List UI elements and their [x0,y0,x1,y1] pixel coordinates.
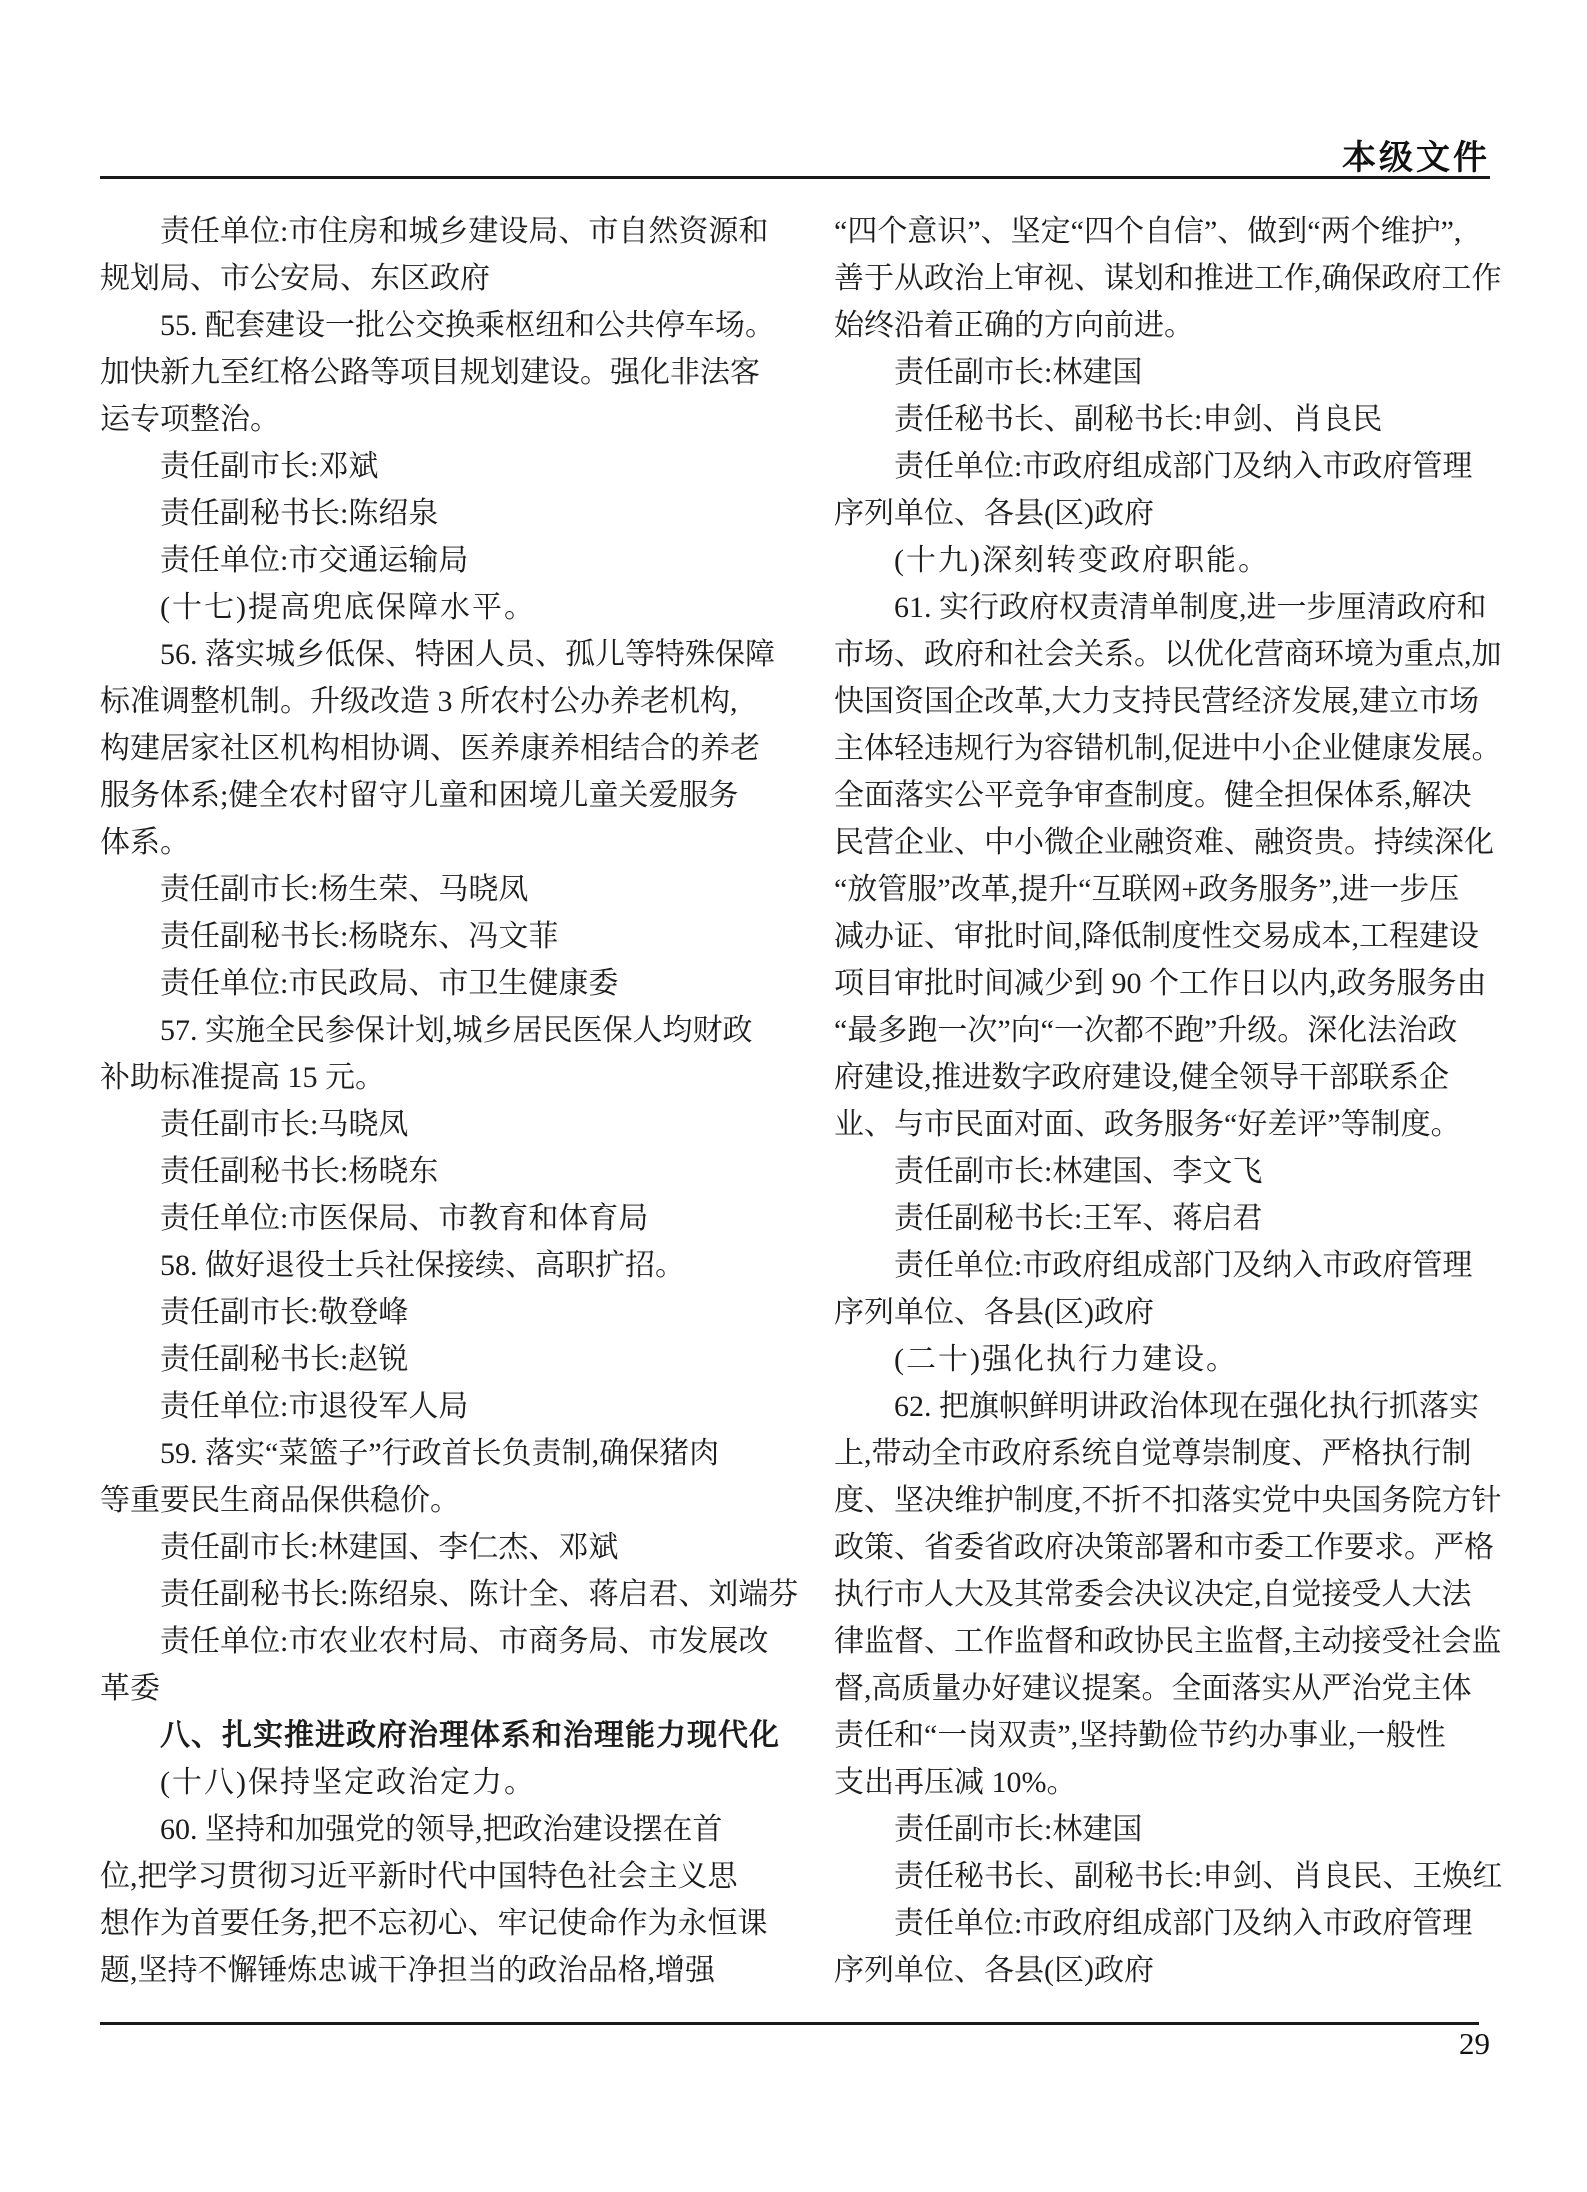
text-line-duty: 责任副秘书长:杨晓东、冯文菲 [100,913,756,960]
text-line-duty: 序列单位、各县(区)政府 [834,490,1490,537]
text-line-body: 57. 实施全民参保计划,城乡居民医保人均财政 [100,1007,756,1054]
text-line-body: 55. 配套建设一批公交换乘枢纽和公共停车场。 [100,302,756,349]
text-line-body: 主体轻违规行为容错机制,促进中小企业健康发展。 [834,725,1490,772]
text-line-body: 加快新九至红格公路等项目规划建设。强化非法客 [100,349,756,396]
text-line-body: 补助标准提高 15 元。 [100,1054,756,1101]
text-line-body: 市场、政府和社会关系。以优化营商环境为重点,加 [834,631,1490,678]
text-line-body: 督,高质量办好建议提案。全面落实从严治党主体 [834,1665,1490,1712]
text-line-body: 构建居家社区机构相协调、医养康养相结合的养老 [100,725,756,772]
text-line-body: 61. 实行政府权责清单制度,进一步厘清政府和 [834,584,1490,631]
text-line-duty: 责任副秘书长:赵锐 [100,1336,756,1383]
text-line-kai: (二十)强化执行力建设。 [834,1336,1490,1383]
text-line-kai: (十九)深刻转变政府职能。 [834,537,1490,584]
text-line-body: 上,带动全市政府系统自觉尊崇制度、严格执行制 [834,1430,1490,1477]
text-line-body: 执行市人大及其常委会决议决定,自觉接受人大法 [834,1571,1490,1618]
text-line-duty: 责任副秘书长:陈绍泉 [100,490,756,537]
text-line-duty: 责任秘书长、副秘书长:申剑、肖良民 [834,396,1490,443]
text-line-duty: 责任副市长:敬登峰 [100,1289,756,1336]
text-line-body: 支出再压减 10%。 [834,1759,1490,1806]
text-line-duty: 责任副市长:杨生荣、马晓凤 [100,866,756,913]
text-line-body: 责任和“一岗双责”,坚持勤俭节约办事业,一般性 [834,1712,1490,1759]
text-line-body: 体系。 [100,819,756,866]
text-line-body: 62. 把旗帜鲜明讲政治体现在强化执行抓落实 [834,1383,1490,1430]
text-line-duty: 责任副市长:邓斌 [100,443,756,490]
text-line-kai: (十八)保持坚定政治定力。 [100,1759,756,1806]
text-line-duty: 序列单位、各县(区)政府 [834,1947,1490,1994]
header-title: 本级文件 [1342,130,1490,179]
left-column: 责任单位:市住房和城乡建设局、市自然资源和规划局、市公安局、东区政府55. 配套… [100,208,756,1994]
text-line-duty: 责任单位:市退役军人局 [100,1383,756,1430]
text-line-duty: 责任副市长:林建国 [834,349,1490,396]
text-line-body: 项目审批时间减少到 90 个工作日以内,政务服务由 [834,960,1490,1007]
text-line-body: “放管服”改革,提升“互联网+政务服务”,进一步压 [834,866,1490,913]
text-line-duty: 责任副秘书长:杨晓东 [100,1148,756,1195]
text-line-body: 服务体系;健全农村留守儿童和困境儿童关爱服务 [100,772,756,819]
text-line-heading: 八、扎实推进政府治理体系和治理能力现代化 [100,1712,756,1759]
text-line-body: 民营企业、中小微企业融资难、融资贵。持续深化 [834,819,1490,866]
text-line-duty: 责任单位:市政府组成部门及纳入市政府管理 [834,1900,1490,1947]
text-line-body: 政策、省委省政府决策部署和市委工作要求。严格 [834,1524,1490,1571]
text-line-body: 位,把学习贯彻习近平新时代中国特色社会主义思 [100,1853,756,1900]
text-line-duty: 责任副市长:马晓凤 [100,1101,756,1148]
text-line-duty: 责任副市长:林建国、李文飞 [834,1148,1490,1195]
text-line-body: 全面落实公平竞争审查制度。健全担保体系,解决 [834,772,1490,819]
text-line-duty: 责任副秘书长:陈绍泉、陈计全、蒋启君、刘端芬 [100,1571,756,1618]
text-line-duty: 责任副秘书长:王军、蒋启君 [834,1195,1490,1242]
text-line-body: 善于从政治上审视、谋划和推进工作,确保政府工作 [834,255,1490,302]
text-line-body: 度、坚决维护制度,不折不扣落实党中央国务院方针 [834,1477,1490,1524]
text-line-body: 60. 坚持和加强党的领导,把政治建设摆在首 [100,1806,756,1853]
text-line-body: 标准调整机制。升级改造 3 所农村公办养老机构, [100,678,756,725]
text-line-duty: 责任单位:市交通运输局 [100,537,756,584]
right-column: “四个意识”、坚定“四个自信”、做到“两个维护”,善于从政治上审视、谋划和推进工… [834,208,1490,1994]
text-line-body: 题,坚持不懈锤炼忠诚干净担当的政治品格,增强 [100,1947,756,1994]
text-line-duty: 责任副市长:林建国 [834,1806,1490,1853]
text-line-duty: 责任单位:市农业农村局、市商务局、市发展改 [100,1618,756,1665]
text-line-body: 业、与市民面对面、政务服务“好差评”等制度。 [834,1101,1490,1148]
text-line-duty: 责任单位:市政府组成部门及纳入市政府管理 [834,1242,1490,1289]
text-line-body: 运专项整治。 [100,396,756,443]
text-line-body: 始终沿着正确的方向前进。 [834,302,1490,349]
text-line-body: 律监督、工作监督和政协民主监督,主动接受社会监 [834,1618,1490,1665]
text-line-body: 府建设,推进数字政府建设,健全领导干部联系企 [834,1054,1490,1101]
page-number: 29 [1459,2026,1490,2062]
text-line-body: 快国资国企改革,大力支持民营经济发展,建立市场 [834,678,1490,725]
text-line-body: 减办证、审批时间,降低制度性交易成本,工程建设 [834,913,1490,960]
text-line-body: 56. 落实城乡低保、特困人员、孤儿等特殊保障 [100,631,756,678]
header-rule [100,176,1490,179]
footer-rule [100,2022,1479,2025]
text-line-body: 59. 落实“菜篮子”行政首长负责制,确保猪肉 [100,1430,756,1477]
document-page: 本级文件 责任单位:市住房和城乡建设局、市自然资源和规划局、市公安局、东区政府5… [0,0,1587,2192]
text-line-duty: 责任副市长:林建国、李仁杰、邓斌 [100,1524,756,1571]
text-line-body: 想作为首要任务,把不忘初心、牢记使命作为永恒课 [100,1900,756,1947]
text-line-body: “四个意识”、坚定“四个自信”、做到“两个维护”, [834,208,1490,255]
text-line-duty: 责任单位:市医保局、市教育和体育局 [100,1195,756,1242]
text-line-duty: 责任单位:市住房和城乡建设局、市自然资源和 [100,208,756,255]
text-line-body: “最多跑一次”向“一次都不跑”升级。深化法治政 [834,1007,1490,1054]
text-line-duty: 序列单位、各县(区)政府 [834,1289,1490,1336]
text-line-duty: 责任秘书长、副秘书长:申剑、肖良民、王焕红 [834,1853,1490,1900]
text-line-duty: 规划局、市公安局、东区政府 [100,255,756,302]
two-column-text-area: 责任单位:市住房和城乡建设局、市自然资源和规划局、市公安局、东区政府55. 配套… [100,208,1490,1994]
text-line-duty: 革委 [100,1665,756,1712]
text-line-body: 58. 做好退役士兵社保接续、高职扩招。 [100,1242,756,1289]
text-line-kai: (十七)提高兜底保障水平。 [100,584,756,631]
text-line-body: 等重要民生商品保供稳价。 [100,1477,756,1524]
text-line-duty: 责任单位:市政府组成部门及纳入市政府管理 [834,443,1490,490]
text-line-duty: 责任单位:市民政局、市卫生健康委 [100,960,756,1007]
